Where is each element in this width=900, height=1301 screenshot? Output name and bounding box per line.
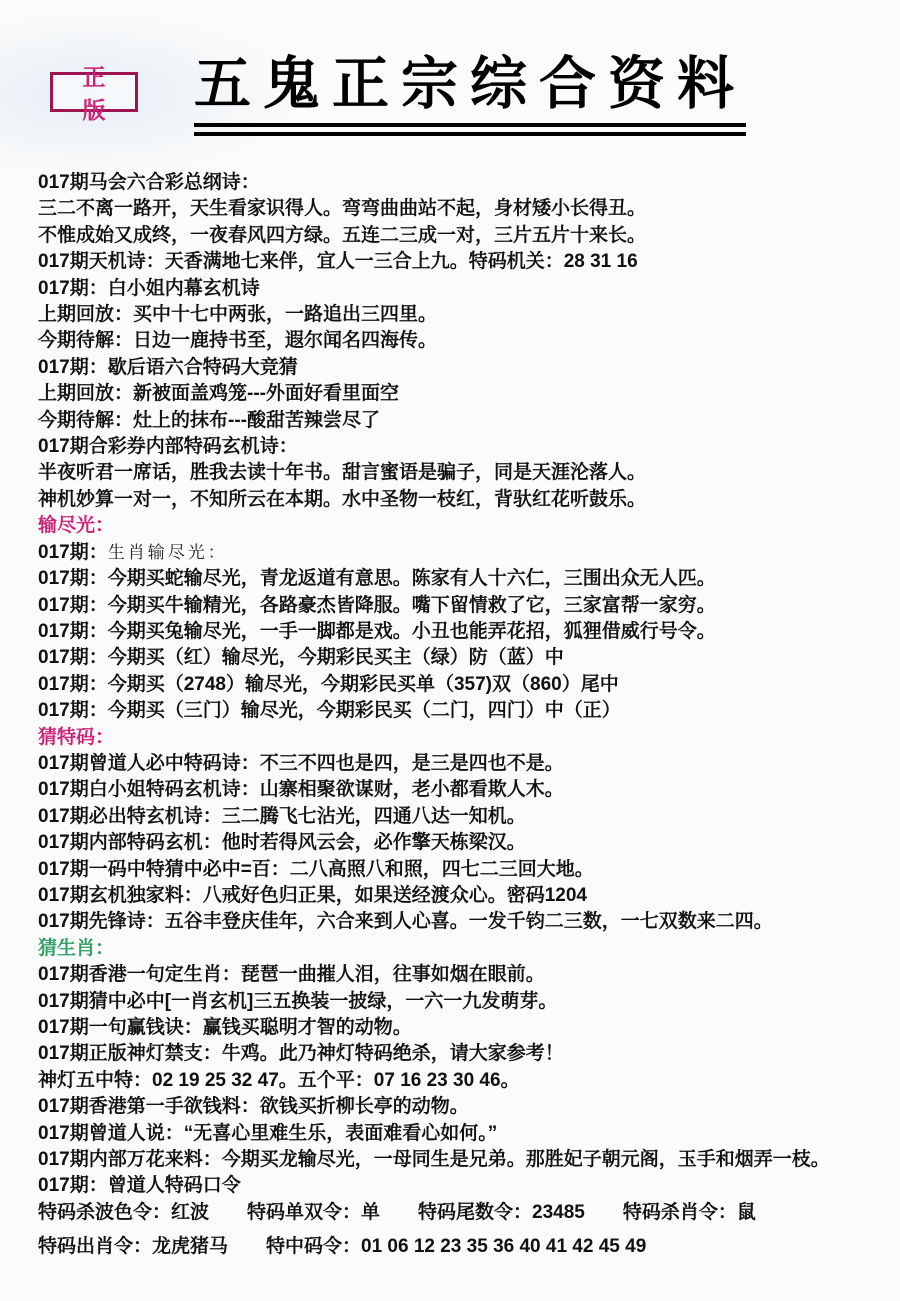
text-line: 上期回放：新被面盖鸡笼---外面好看里面空 — [38, 381, 874, 407]
text-line: 特码出肖令：龙虎猪马 特中码令：01 06 12 23 35 36 40 41 … — [38, 1234, 874, 1260]
text-line: 017期：今期买（三门）输尽光，今期彩民买（二门，四门）中（正） — [38, 698, 874, 724]
text-line: 017期：今期买兔输尽光，一手一脚都是戏。小丑也能弄花招，狐狸借威行号令。 — [38, 619, 874, 645]
text-line: 017期一码中特猜中必中=百：二八高照八和照，四七二三回大地。 — [38, 857, 874, 883]
text-line: 017期玄机独家料：八戒好色归正果，如果送经渡众心。密码1204 — [38, 883, 874, 909]
content-lines: 017期马会六合彩总纲诗：三二不离一路开，天生看家识得人。弯弯曲曲站不起，身材矮… — [0, 170, 900, 1261]
text-line: 017期：今期买牛输精光，各路豪杰皆降服。嘴下留情救了它，三家富帮一家穷。 — [38, 593, 874, 619]
text-line: 三二不离一路开，天生看家识得人。弯弯曲曲站不起，身材矮小长得丑。 — [38, 196, 874, 222]
text-line: 017期：白小姐内幕玄机诗 — [38, 276, 874, 302]
text-line: 上期回放：买中十七中两张，一路追出三四里。 — [38, 302, 874, 328]
text-line: 017期正版神灯禁支：牛鸡。此乃神灯特码绝杀，请大家参考！ — [38, 1041, 874, 1067]
text-line: 017期：今期买（2748）输尽光，今期彩民买单（357)双（860）尾中 — [38, 672, 874, 698]
text-line: 017期香港一句定生肖：琵琶一曲摧人泪，往事如烟在眼前。 — [38, 962, 874, 988]
text-line: 017期合彩券内部特码玄机诗： — [38, 434, 874, 460]
title-underline-bottom — [194, 132, 746, 136]
text-segment: 017期： — [38, 542, 108, 563]
page: 正 版 五鬼正宗综合资料 017期马会六合彩总纲诗：三二不离一路开，天生看家识得… — [0, 0, 900, 1301]
text-line: 017期先锋诗：五谷丰登庆佳年，六合来到人心喜。一发千钧二三数，一七双数来二四。 — [38, 909, 874, 935]
text-line: 017期内部特码玄机：他时若得风云会，必作擎天栋梁汉。 — [38, 830, 874, 856]
section-header-caitema: 猜特码： — [38, 725, 874, 751]
text-line: 神灯五中特：02 19 25 32 47。五个平：07 16 23 30 46。 — [38, 1068, 874, 1094]
text-line: 017期内部万花来料：今期买龙输尽光，一母同生是兄弟。那胜妃子朝元阁，玉手和烟弄… — [38, 1147, 874, 1173]
section-header-caishengxiao: 猜生肖： — [38, 936, 874, 962]
text-line: 特码杀波色令：红波 特码单双令：单 特码尾数令：23485 特码杀肖令：鼠 — [38, 1200, 874, 1226]
text-line: 017期：歇后语六合特码大竞猜 — [38, 355, 874, 381]
title-block: 五鬼正宗综合资料 — [194, 52, 746, 136]
text-line: 017期曾道人必中特码诗：不三不四也是四，是三是四也不是。 — [38, 751, 874, 777]
authentic-badge: 正 版 — [50, 72, 138, 112]
text-line: 017期：曾道人特码口令 — [38, 1173, 874, 1199]
header: 正 版 五鬼正宗综合资料 — [0, 0, 900, 136]
text-line: 今期待解：日边一鹿持书至，遐尔闻名四海传。 — [38, 328, 874, 354]
text-segment: 生肖输尽光： — [108, 543, 228, 562]
text-line: 017期香港第一手欲钱料：欲钱买折柳长亭的动物。 — [38, 1094, 874, 1120]
text-line: 今期待解：灶上的抹布---酸甜苦辣尝尽了 — [38, 408, 874, 434]
text-line: 017期：今期买（红）输尽光，今期彩民买主（绿）防（蓝）中 — [38, 645, 874, 671]
text-line: 017期一句赢钱诀：赢钱买聪明才智的动物。 — [38, 1015, 874, 1041]
text-line: 017期：今期买蛇输尽光，青龙返道有意思。陈家有人十六仁，三围出众无人匹。 — [38, 566, 874, 592]
text-line: 神机妙算一对一，不知所云在本期。水中圣物一枝红，背驮红花听鼓乐。 — [38, 487, 874, 513]
text-line: 半夜听君一席话，胜我去读十年书。甜言蜜语是骗子，同是天涯沦落人。 — [38, 460, 874, 486]
text-line: 017期：生肖输尽光： — [38, 540, 874, 566]
text-line: 017期曾道人说：“无喜心里难生乐，表面难看心如何。” — [38, 1121, 874, 1147]
title-underline-top — [194, 123, 746, 127]
text-line: 017期马会六合彩总纲诗： — [38, 170, 874, 196]
text-line: 017期必出特玄机诗：三二腾飞七沾光，四通八达一知机。 — [38, 804, 874, 830]
text-line: 017期猜中必中[一肖玄机]三五换装一披绿，一六一九发萌芽。 — [38, 989, 874, 1015]
section-header-shujinguang: 输尽光： — [38, 513, 874, 539]
text-line: 不惟成始又成终，一夜春风四方绿。五连二三成一对，三片五片十来长。 — [38, 223, 874, 249]
page-title: 五鬼正宗综合资料 — [194, 52, 746, 116]
text-line: 017期白小姐特码玄机诗：山寨相聚欲谋财，老小都看欺人木。 — [38, 777, 874, 803]
text-line: 017期天机诗：天香满地七来伴，宜人一三合上九。特码机关：28 31 16 — [38, 249, 874, 275]
